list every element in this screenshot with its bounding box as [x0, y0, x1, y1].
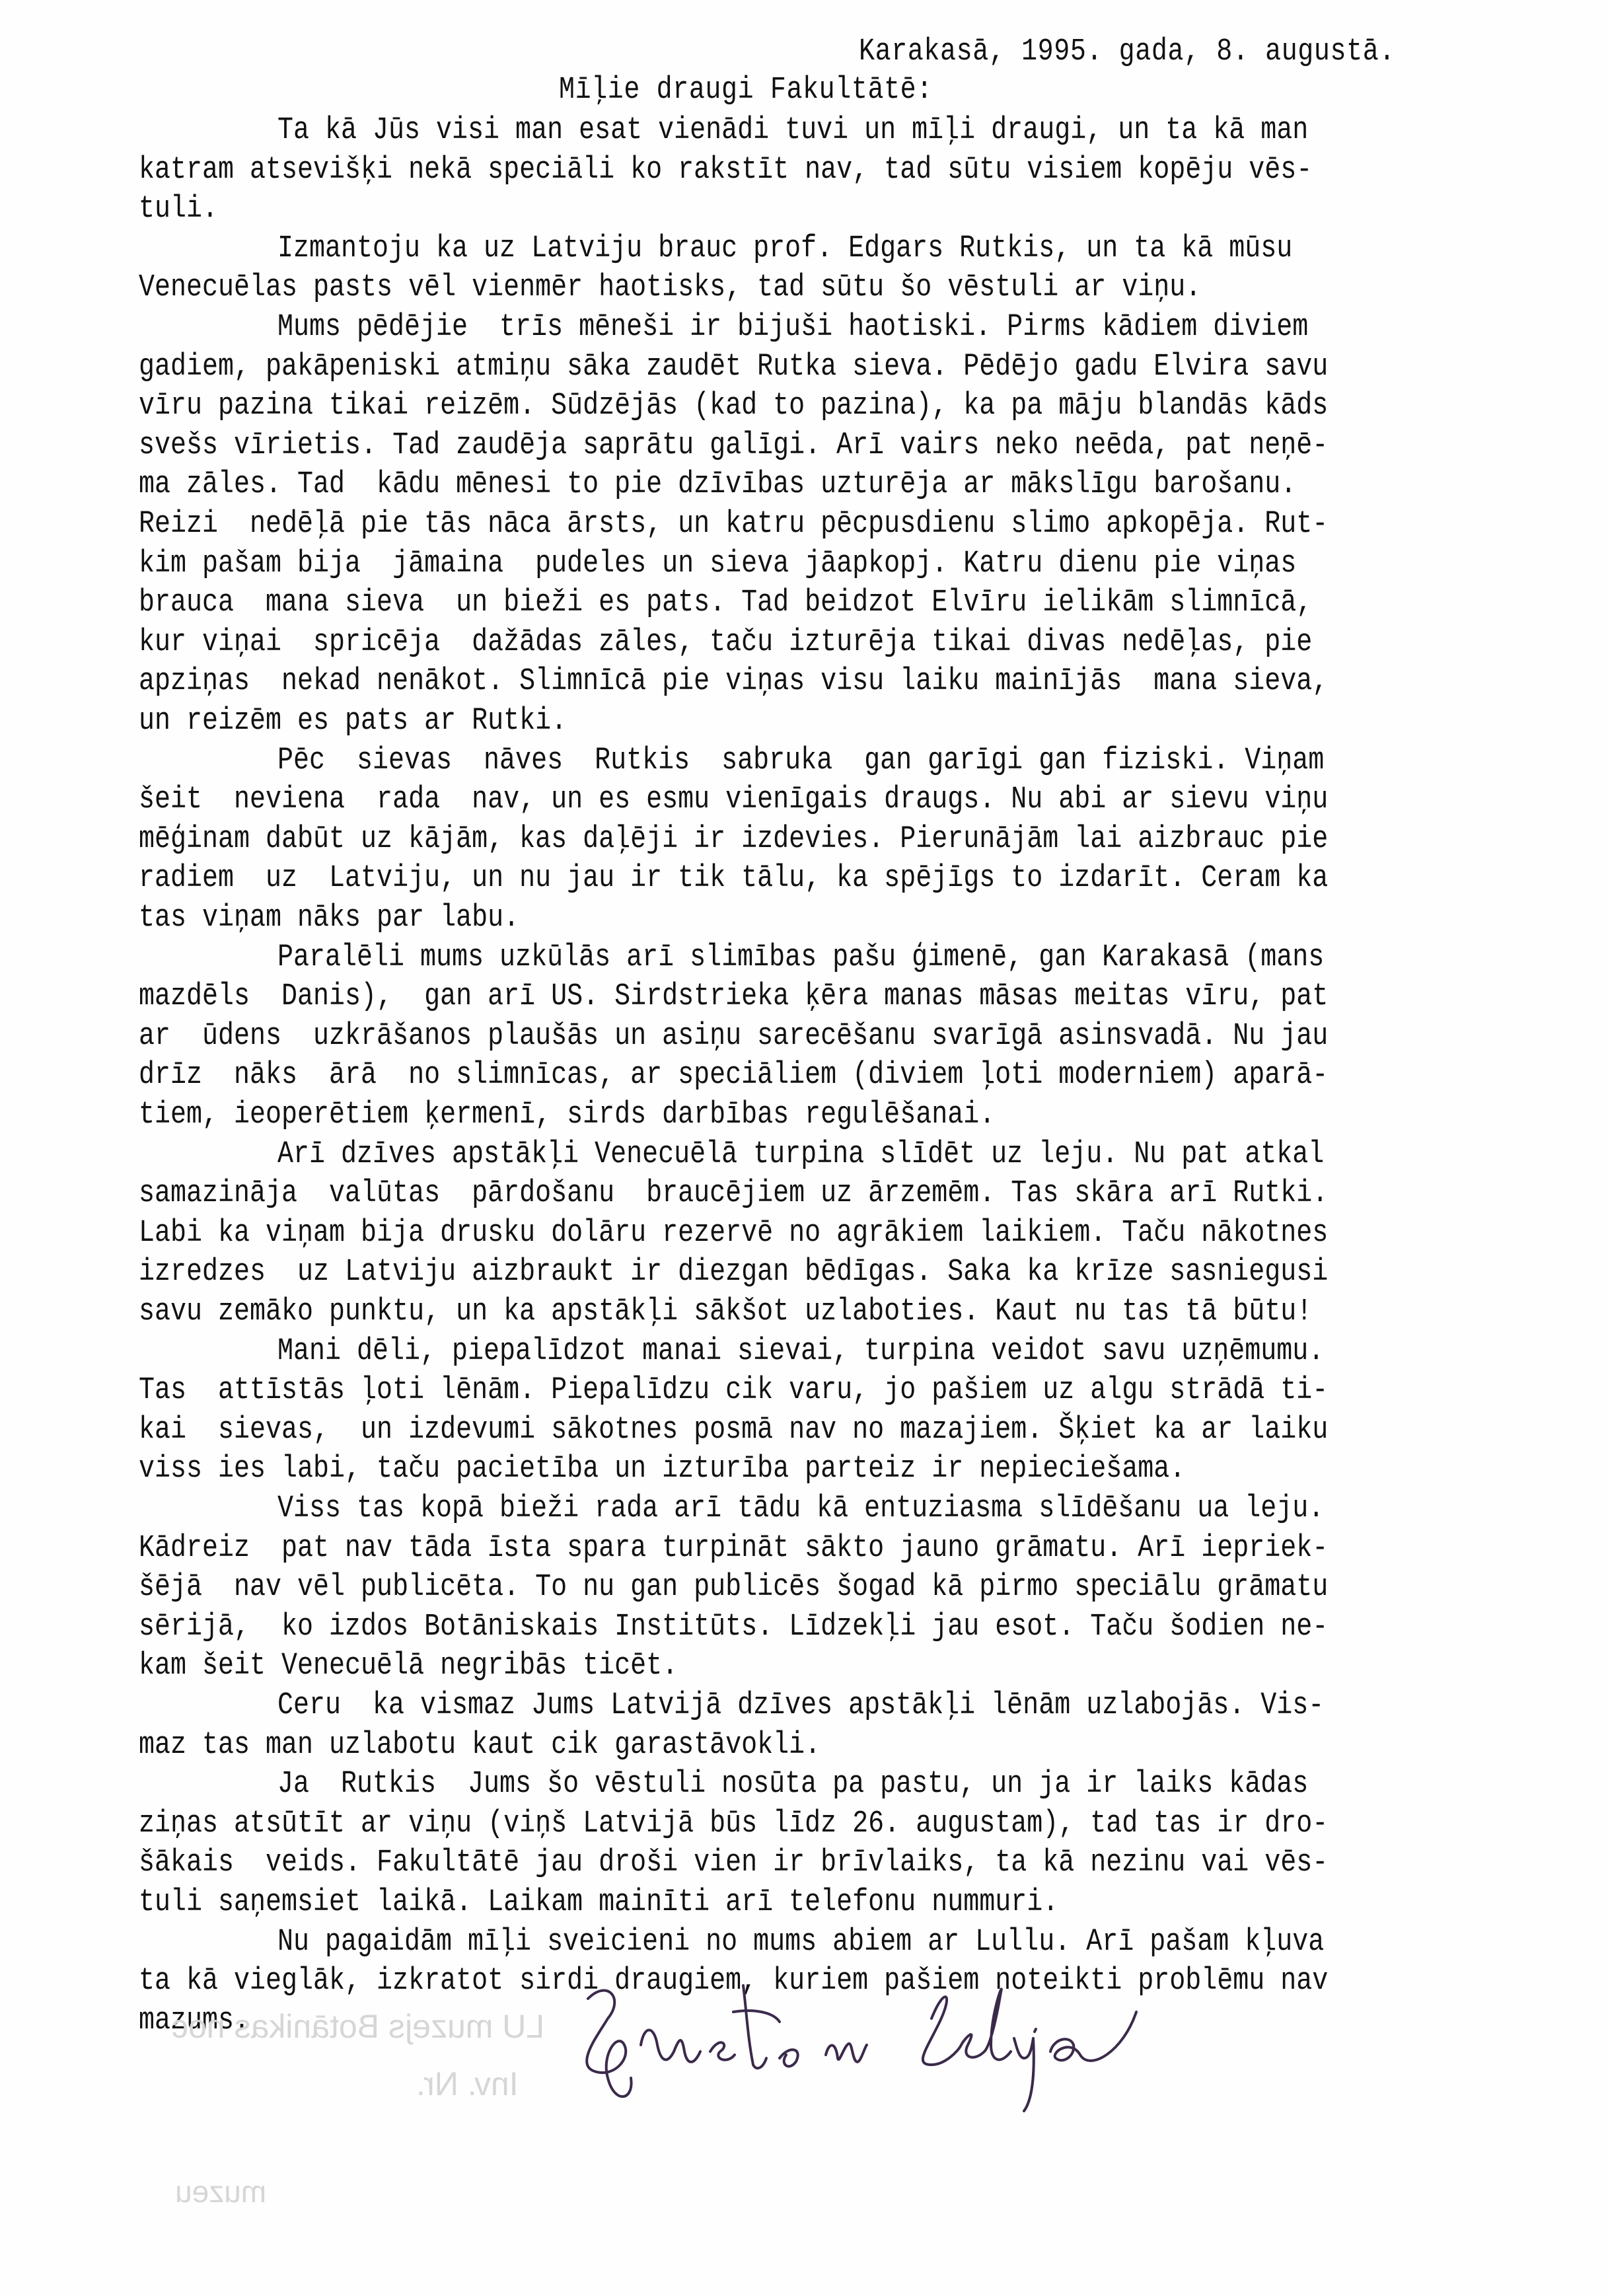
letter-line: radiem uz Latviju, un nu jau ir tik tālu…: [139, 860, 1328, 898]
handwritten-signature: [562, 1972, 1156, 2118]
letter-line: mazdēls Danis), gan arī US. Sirdstrieka …: [139, 979, 1328, 1016]
bleed-through-stamp-line1: LU muzejs Botānikas noc: [172, 2007, 544, 2046]
letter-line: Mani dēli, piepalīdzot manai sievai, tur…: [277, 1333, 1324, 1371]
letter-line: kur viņai spricēja dažādas zāles, taču i…: [139, 624, 1312, 662]
letter-line: Ceru ka vismaz Jums Latvijā dzīves apstā…: [277, 1687, 1324, 1725]
letter-line: un reizēm es pats ar Rutki.: [139, 703, 567, 741]
letter-line: Izmantoju ka uz Latviju brauc prof. Edga…: [277, 231, 1292, 268]
letter-line: gadiem, pakāpeniski atmiņu sāka zaudēt R…: [139, 349, 1328, 387]
letter-line: ma zāles. Tad kādu mēnesi to pie dzīvība…: [139, 466, 1296, 504]
letter-line: ar ūdens uzkrāšanos plaušās un asiņu sar…: [139, 1018, 1328, 1056]
letter-line: Paralēli mums uzkūlās arī slimības pašu …: [277, 940, 1324, 977]
letter-line: Arī dzīves apstākļi Venecuēlā turpina sl…: [277, 1136, 1324, 1174]
letter-line: ziņas atsūtīt ar viņu (viņš Latvijā būs …: [139, 1806, 1328, 1843]
letter-line: šākais veids. Fakultātē jau droši vien i…: [139, 1845, 1328, 1882]
letter-line: Venecuēlas pasts vēl vienmēr haotisks, t…: [139, 270, 1201, 307]
letter-line: drīz nāks ārā no slimnīcas, ar speciālie…: [139, 1057, 1328, 1095]
letter-salutation: Mīļie draugi Fakultātē:: [559, 73, 933, 108]
letter-line: šējā nav vēl publicēta. To nu gan public…: [139, 1569, 1328, 1607]
letter-line: tiem, ieoperētiem ķermenī, sirds darbība…: [139, 1097, 995, 1134]
letter-line: savu zemāko punktu, un ka apstākļi sākšo…: [139, 1294, 1312, 1331]
letter-line: Pēc sievas nāves Rutkis sabruka gan garī…: [277, 743, 1324, 780]
letter-line: apziņas nekad nenākot. Slimnīcā pie viņa…: [139, 663, 1328, 701]
letter-line: Kādreiz pat nav tāda īsta spara turpināt…: [139, 1530, 1328, 1568]
letter-line: Labi ka viņam bija drusku dolāru rezervē…: [139, 1215, 1328, 1253]
letter-line: tuli saņemsiet laikā. Laikam mainīti arī…: [139, 1884, 1058, 1922]
letter-dateline: Karakasā, 1995. gada, 8. augustā.: [859, 34, 1395, 69]
letter-line: katram atsevišķi nekā speciāli ko rakstī…: [139, 152, 1312, 190]
letter-line: šeit neviena rada nav, un es esmu vienīg…: [139, 782, 1328, 819]
letter-line: Reizi nedēļā pie tās nāca ārsts, un katr…: [139, 506, 1328, 544]
letter-line: Nu pagaidām mīļi sveicieni no mums abiem…: [277, 1924, 1324, 1962]
letter-line: samazināja valūtas pārdošanu braucējiem …: [139, 1175, 1328, 1213]
letter-line: tas viņam nāks par labu.: [139, 900, 519, 938]
letter-page: Karakasā, 1995. gada, 8. augustā. Mīļie …: [0, 0, 1608, 2296]
letter-line: kai sievas, un izdevumi sākotnes posmā n…: [139, 1412, 1328, 1450]
letter-line: svešs vīrietis. Tad zaudēja saprātu galī…: [139, 427, 1328, 465]
letter-line: mēģinam dabūt uz kājām, kas daļēji ir iz…: [139, 821, 1328, 859]
letter-line: Tas attīstās ļoti lēnām. Piepalīdzu cik …: [139, 1372, 1328, 1410]
letter-line: brauca mana sieva un bieži es pats. Tad …: [139, 585, 1312, 622]
letter-line: Ja Rutkis Jums šo vēstuli nosūta pa past…: [277, 1766, 1308, 1804]
letter-line: maz tas man uzlabotu kaut cik garastāvok…: [139, 1727, 821, 1765]
letter-line: Ta kā Jūs visi man esat vienādi tuvi un …: [277, 112, 1308, 150]
letter-line: vīru pazina tikai reizēm. Sūdzējās (kad …: [139, 388, 1328, 426]
letter-line: Mums pēdējie trīs mēneši ir bijuši haoti…: [277, 309, 1308, 347]
letter-line: sērijā, ko izdos Botāniskais Institūts. …: [139, 1609, 1328, 1647]
letter-line: kim pašam bija jāmaina pudeles un sieva …: [139, 546, 1296, 583]
letter-line: kam šeit Venecuēlā negribās ticēt.: [139, 1648, 678, 1685]
letter-line: izredzes uz Latviju aizbraukt ir diezgan…: [139, 1254, 1328, 1292]
bleed-through-stamp-line2: Inv. Nr.: [416, 2065, 519, 2103]
letter-line: viss ies labi, taču pacietība un izturīb…: [139, 1451, 1185, 1489]
letter-line: tuli.: [139, 191, 218, 229]
letter-line: Viss tas kopā bieži rada arī tādu kā ent…: [277, 1491, 1324, 1528]
bleed-through-stamp-line3: muzeu: [175, 2174, 266, 2209]
